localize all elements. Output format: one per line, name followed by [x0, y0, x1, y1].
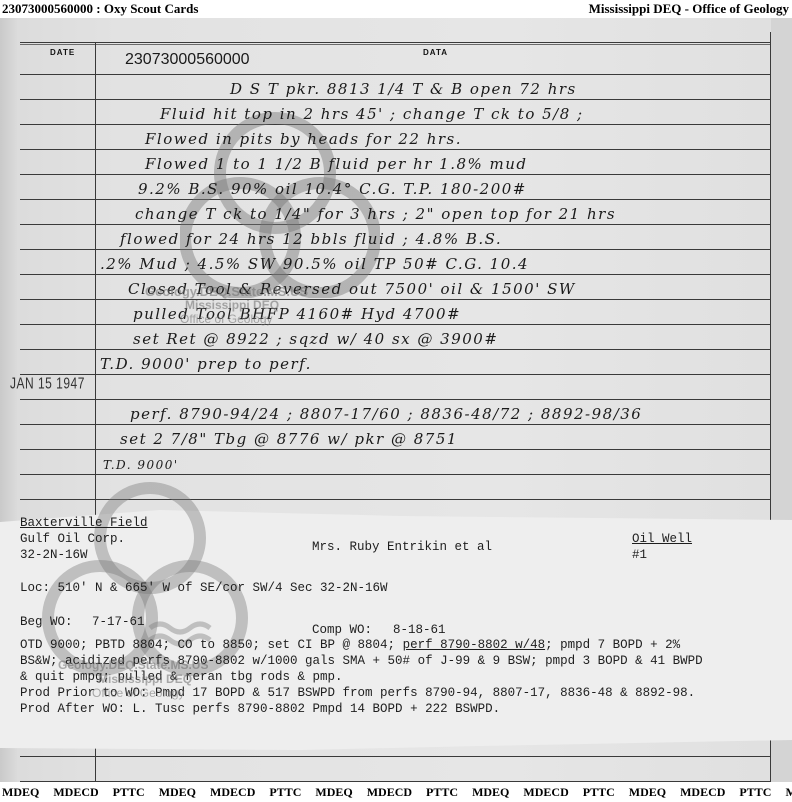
section-township-range: 32-2N-16W	[20, 548, 88, 562]
footer-item: PTTC	[583, 785, 615, 800]
footer-item: MDECD	[53, 785, 98, 800]
complete-wo-label: Comp WO:	[312, 623, 372, 637]
footer-item: MDEQ	[785, 785, 792, 800]
watermark-agency: Mississippi DEQ	[185, 298, 279, 312]
agency-title: Mississippi DEQ - Office of Geology	[589, 1, 789, 17]
workover-text: ; pmpd 7 BOPD + 2%	[545, 638, 680, 652]
field-name: Baxterville Field	[20, 516, 148, 530]
header-bar: 23073000560000 : Oxy Scout Cards Mississ…	[0, 0, 792, 18]
handwritten-line: D S T pkr. 8813 1/4 T & B open 72 hrs	[230, 80, 577, 98]
handwritten-line: T.D. 9000' prep to perf.	[100, 355, 312, 373]
handwritten-line: Flowed 1 to 1 1/2 B fluid per hr 1.8% mu…	[145, 155, 528, 173]
footer-item: PTTC	[739, 785, 771, 800]
handwritten-line: set Ret @ 8922 ; sqzd w/ 40 sx @ 3900#	[133, 330, 498, 348]
ruled-line	[20, 399, 770, 400]
complete-wo-date: 8-18-61	[393, 623, 446, 637]
date-column-header: DATE	[50, 48, 75, 57]
workover-text: OTD 9000; PBTD 8804; CO to 8850; set CI …	[20, 638, 403, 652]
footer-item: MDECD	[680, 785, 725, 800]
api-number: 23073000560000	[125, 51, 250, 69]
ruled-line	[20, 374, 770, 375]
footer-item: PTTC	[269, 785, 301, 800]
ruled-line	[20, 149, 770, 150]
ruled-line	[20, 249, 770, 250]
watermark-office: Office of Geology	[92, 686, 185, 700]
footer-item: MDECD	[367, 785, 412, 800]
watermark-url: Geology.DEQ.State.MS.US	[145, 284, 308, 299]
begin-wo-label: Beg WO:	[20, 615, 73, 629]
data-column-header: DATA	[423, 48, 448, 57]
well-number: #1	[632, 548, 647, 562]
begin-wo-date: 7-17-61	[92, 615, 145, 629]
top-double-rule	[20, 42, 770, 43]
ruled-line	[20, 449, 770, 450]
footer-item: MDECD	[523, 785, 568, 800]
footer-item: MDEQ	[472, 785, 509, 800]
handwritten-line: set 2 7/8" Tbg @ 8776 w/ pkr @ 8751	[120, 430, 458, 448]
ruled-line	[20, 424, 770, 425]
scout-card-scan: DATE DATA 23073000560000 D S T pkr. 8813…	[0, 18, 792, 782]
watermark-url: Geology.DEQ.State.MS.US	[58, 658, 208, 672]
watermark-office: Office of Geology	[180, 312, 273, 326]
footer-bar: MDEQMDECDPTTCMDEQMDECDPTTCMDEQMDECDPTTCM…	[0, 782, 792, 802]
operator-name: Gulf Oil Corp.	[20, 532, 125, 546]
ruled-line	[20, 349, 770, 350]
footer-item: PTTC	[426, 785, 458, 800]
ruled-line	[20, 274, 770, 275]
date-stamp: JAN 15 1947	[10, 374, 85, 392]
ruled-line	[20, 199, 770, 200]
footer-item: MDEQ	[2, 785, 39, 800]
footer-item: MDEQ	[159, 785, 196, 800]
ruled-line	[20, 99, 770, 100]
watermark-agency: Mississippi DEQ	[98, 672, 192, 686]
ruled-line	[20, 756, 770, 757]
footer-item: MDEQ	[315, 785, 352, 800]
handwritten-line: perf. 8790-94/24 ; 8807-17/60 ; 8836-48/…	[130, 405, 642, 423]
ruled-line	[20, 124, 770, 125]
perf-highlight: perf 8790-8802 w/48	[403, 638, 546, 652]
header-rule	[20, 74, 770, 75]
ruled-line	[20, 299, 770, 300]
document-title: 23073000560000 : Oxy Scout Cards	[2, 1, 198, 17]
well-type: Oil Well	[632, 532, 692, 546]
ruled-line	[20, 324, 770, 325]
handwritten-line: Flowed in pits by heads for 22 hrs.	[145, 130, 462, 148]
ruled-line	[20, 174, 770, 175]
workover-detail-line: OTD 9000; PBTD 8804; CO to 8850; set CI …	[20, 638, 680, 652]
lease-name: Mrs. Ruby Entrikin et al	[312, 540, 492, 554]
production-after: Prod After WO: L. Tusc perfs 8790-8802 P…	[20, 702, 500, 716]
footer-item: PTTC	[113, 785, 145, 800]
footer-item: MDEQ	[629, 785, 666, 800]
handwritten-line: 9.2% B.S. 90% oil 10.4° C.G. T.P. 180-20…	[138, 180, 527, 198]
handwritten-line: Fluid hit top in 2 hrs 45' ; change T ck…	[160, 105, 584, 123]
ruled-line	[20, 224, 770, 225]
location-description: Loc: 510' N & 665' W of SE/cor SW/4 Sec …	[20, 581, 388, 595]
footer-agency-list: MDEQMDECDPTTCMDEQMDECDPTTCMDEQMDECDPTTCM…	[2, 785, 792, 800]
handwritten-line: change T ck to 1/4" for 3 hrs ; 2" open …	[135, 205, 616, 223]
handwritten-line: flowed for 24 hrs 12 bbls fluid ; 4.8% B…	[120, 230, 502, 248]
footer-item: MDECD	[210, 785, 255, 800]
handwritten-line: .2% Mud ; 4.5% SW 90.5% oil TP 50# C.G. …	[100, 255, 529, 273]
